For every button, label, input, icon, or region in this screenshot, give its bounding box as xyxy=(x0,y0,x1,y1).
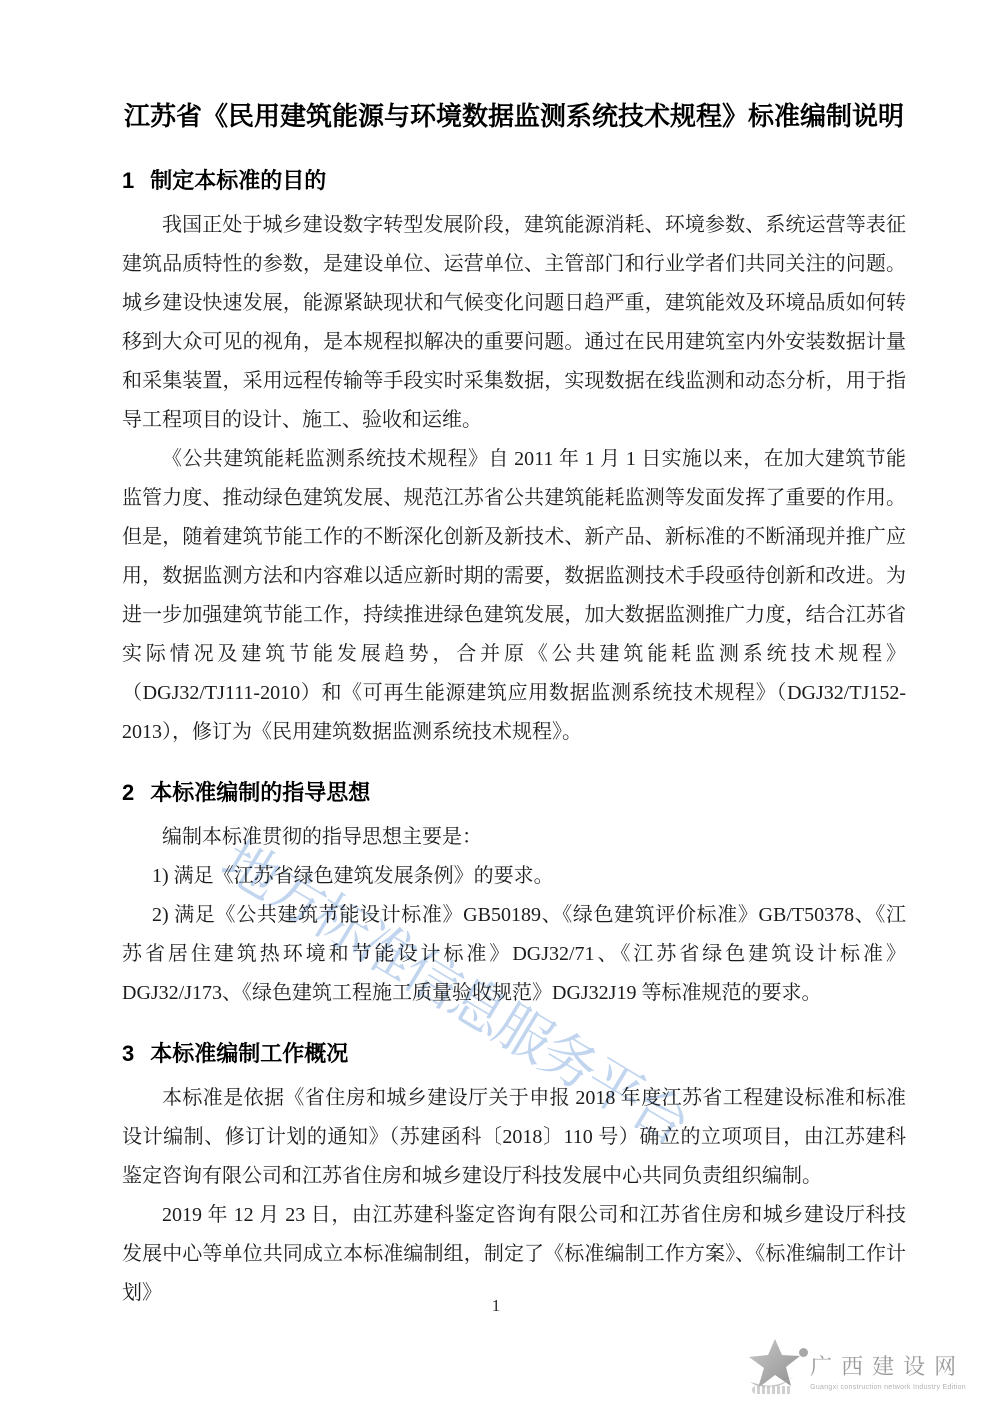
document-page: 地方标准信息服务平台 江苏省《民用建筑能源与环境数据监测系统技术规程》标准编制说… xyxy=(0,0,992,1403)
section-2-list-item-2: 2) 满足《公共建筑节能设计标准》GB50189、《绿色建筑评价标准》GB/T5… xyxy=(122,896,906,1013)
section-1-paragraph-2: 《公共建筑能耗监测系统技术规程》自 2011 年 1 月 1 日实施以来，在加大… xyxy=(122,440,906,752)
page-number: 1 xyxy=(0,1296,992,1316)
star-logo-icon xyxy=(744,1336,806,1398)
page-title: 江苏省《民用建筑能源与环境数据监测系统技术规程》标准编制说明 xyxy=(122,92,906,140)
section-2-intro: 编制本标准贯彻的指导思想主要是： xyxy=(122,818,906,857)
section-2-heading: 2 本标准编制的指导思想 xyxy=(122,778,906,808)
logo-name-cn: 广西建设网 xyxy=(810,1350,966,1381)
logo-wordmark-illegible xyxy=(752,1386,792,1394)
logo-caption-en: Guangxi construction network Industry Ed… xyxy=(810,1384,966,1391)
section-1-title: 制定本标准的目的 xyxy=(150,166,326,196)
logo-text: 广西建设网 Guangxi construction network Indus… xyxy=(810,1336,966,1391)
section-2-number: 2 xyxy=(122,778,134,808)
section-2-list-item-1: 1) 满足《江苏省绿色建筑发展条例》的要求。 xyxy=(122,857,906,896)
logo-dot xyxy=(799,1348,808,1357)
section-3-heading: 3 本标准编制工作概况 xyxy=(122,1039,906,1069)
document-content: 江苏省《民用建筑能源与环境数据监测系统技术规程》标准编制说明 1 制定本标准的目… xyxy=(122,0,906,1313)
section-1-heading: 1 制定本标准的目的 xyxy=(122,166,906,196)
section-1-paragraph-1: 我国正处于城乡建设数字转型发展阶段，建筑能源消耗、环境参数、系统运营等表征建筑品… xyxy=(122,206,906,440)
section-3-title: 本标准编制工作概况 xyxy=(150,1039,348,1069)
section-3-number: 3 xyxy=(122,1039,134,1069)
section-1-number: 1 xyxy=(122,166,134,196)
section-2-title: 本标准编制的指导思想 xyxy=(150,778,370,808)
section-3-paragraph-1: 本标准是依据《省住房和城乡建设厅关于申报 2018 年度江苏省工程建设标准和标准… xyxy=(122,1079,906,1196)
site-logo: 广西建设网 Guangxi construction network Indus… xyxy=(744,1336,966,1398)
